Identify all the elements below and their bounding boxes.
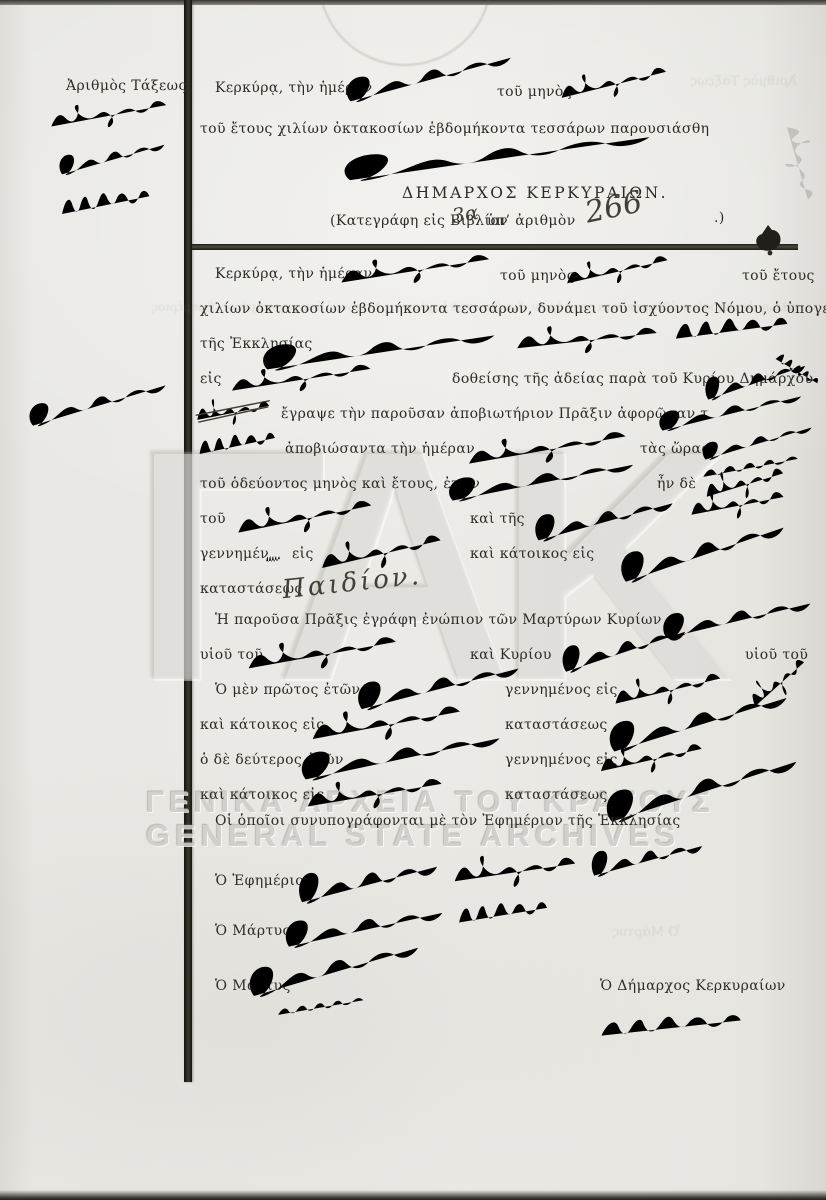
handwriting-witness2-signature xyxy=(238,933,431,1026)
handwriting-death-reg-month xyxy=(560,244,674,297)
scan-bottom-edge xyxy=(0,1190,826,1200)
current-month-line: τοῦ ὁδεύοντος μηνὸς καὶ ἔτους, ἐτῶν xyxy=(200,476,480,492)
at-label: εἰς xyxy=(200,371,222,387)
cosign-line: Οἱ ὁποῖοι συνυπογράφονται μὲ τὸν Ἐφημέρι… xyxy=(215,813,681,829)
registered-prefix: (Κατεγράφη εἰς Βιβλίον xyxy=(330,213,508,229)
handwriting-gender-ending xyxy=(266,552,280,566)
first-age-label: Ὁ μὲν πρῶτος ἐτῶν xyxy=(215,682,360,698)
handwriting-order-entry-3 xyxy=(56,181,154,225)
born-stem-label: γεννημέν xyxy=(200,546,269,562)
status-label-2: καταστάσεως xyxy=(505,717,608,733)
handwriting-mayor-signature-bottom xyxy=(595,1006,746,1046)
ink-blot-ornament xyxy=(753,224,787,258)
bleedthrough-handwriting xyxy=(694,120,826,220)
born-eis-label: εἰς xyxy=(292,546,314,562)
handwriting-order-entry-2 xyxy=(52,135,170,183)
status-label-3: καταστάσεως xyxy=(505,787,608,803)
deceased-line: ἀποβιώσαντα τὴν ἡμέραν xyxy=(285,441,475,457)
registered-mid: ὑπ’ ἀριθμὸν xyxy=(487,213,576,229)
handwriting-book-value: 3α xyxy=(450,200,480,228)
and-mother-label: καὶ τῆς xyxy=(470,511,525,527)
registered-suffix: .) xyxy=(714,210,725,226)
body-year-label: τοῦ ἔτους xyxy=(742,268,815,284)
bleedthrough-witness-label: Ὁ Μάρτυς xyxy=(612,925,679,940)
born-at-label-1: γεννημένος εἰς xyxy=(505,682,618,698)
mayor-label-bottom: Ὁ Δήμαρχος Κερκυραίων xyxy=(600,978,786,994)
of-father-label: τοῦ xyxy=(200,511,226,527)
bleedthrough-order-label: Ἀριθμὸς Τάξεως xyxy=(690,74,797,89)
wrote-line: ἔγραψε τὴν παροῦσαν ἀποβιωτήριον Πρᾶξιν … xyxy=(281,406,709,422)
handwriting-header-month xyxy=(554,54,674,111)
document-page: ΓΑΚ ΓΕΝΙΚΑ ΑΡΧΕΙΑ ΤΟΥ ΚΡΑΤΟΥΣ GENERAL ST… xyxy=(0,0,826,1200)
witness-intro-line: Ἡ παροῦσα Πρᾶξις ἐγράφη ἐνώπιον τῶν Μαρτ… xyxy=(215,612,662,628)
resident-label-1: καὶ κάτοικος εἰς xyxy=(470,546,594,562)
handwriting-order-entry-1 xyxy=(44,89,172,140)
section-divider-rule xyxy=(192,244,798,250)
